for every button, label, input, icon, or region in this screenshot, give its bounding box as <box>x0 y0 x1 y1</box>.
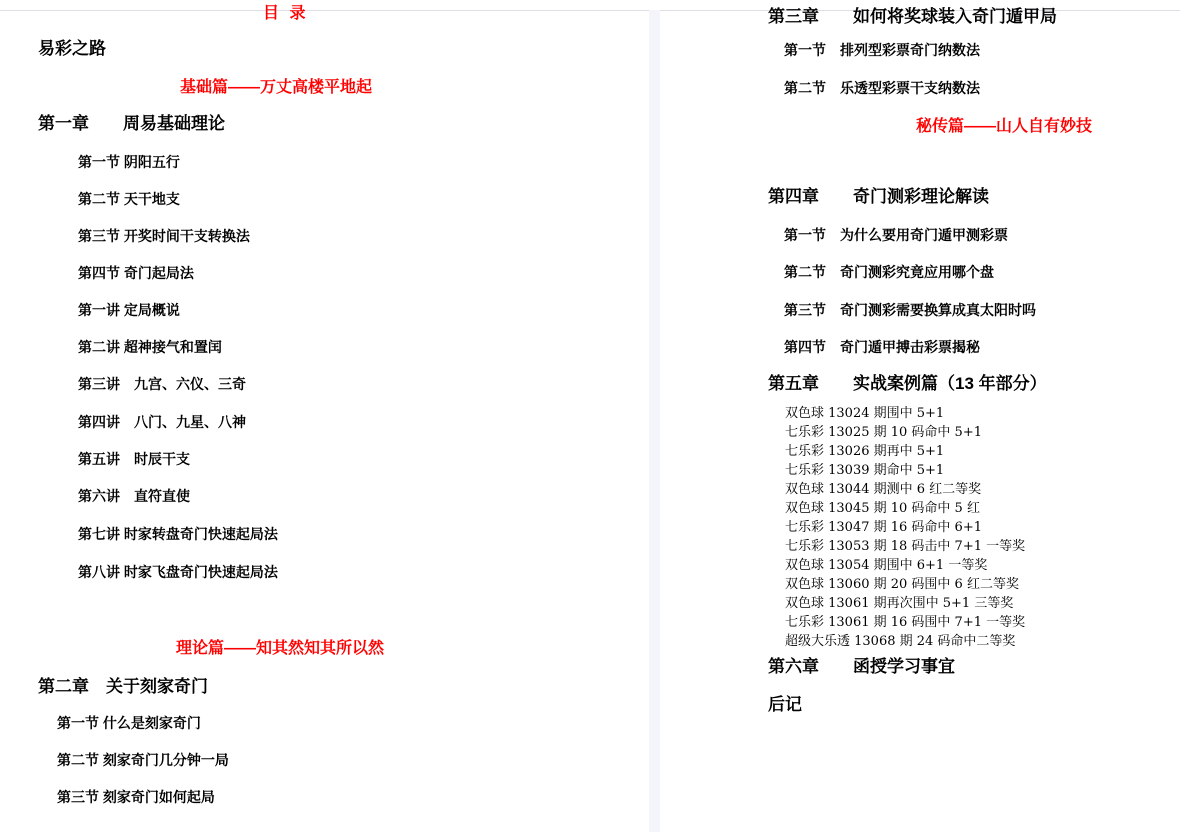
toc-entry: 第八讲 时家飞盘奇门快速起局法 <box>78 564 278 581</box>
toc-entry: 第二讲 超神接气和置闰 <box>78 339 222 356</box>
case-entry: 双色球 13054 期围中 6+1 一等奖 <box>785 558 987 574</box>
afterword-heading: 后记 <box>768 695 802 715</box>
case-entry: 双色球 13061 期再次围中 5+1 三等奖 <box>785 596 1013 612</box>
case-entry: 七乐彩 13047 期 16 码命中 6+1 <box>785 520 982 536</box>
case-entry: 超级大乐透 13068 期 24 码命中二等奖 <box>785 634 1015 650</box>
book-title: 易彩之路 <box>38 39 106 59</box>
toc-entry: 第三节 刻家奇门如何起局 <box>57 789 215 806</box>
case-entry: 七乐彩 13039 期命中 5+1 <box>785 463 944 479</box>
chapter-1-heading: 第一章 周易基础理论 <box>38 114 225 134</box>
toc-page: 目 录 易彩之路 基础篇——万丈高楼平地起 第一章 周易基础理论 第一节 阴阳五… <box>0 0 1180 832</box>
toc-entry: 第六讲 直符直使 <box>78 488 190 505</box>
toc-entry: 第二节 乐透型彩票干支纳数法 <box>784 80 980 97</box>
toc-entry: 第四节 奇门遁甲搏击彩票揭秘 <box>784 339 980 356</box>
toc-entry: 第三讲 九宫、六仪、三奇 <box>78 376 246 393</box>
toc-entry: 第一节 阴阳五行 <box>78 154 180 171</box>
case-entry: 双色球 13044 期测中 6 红二等奖 <box>785 482 981 498</box>
toc-title: 目 录 <box>263 4 308 23</box>
toc-entry: 第四节 奇门起局法 <box>78 265 194 282</box>
case-entry: 七乐彩 13025 期 10 码命中 5+1 <box>785 425 982 441</box>
toc-entry: 第七讲 时家转盘奇门快速起局法 <box>78 526 278 543</box>
toc-entry: 第五讲 时辰干支 <box>78 451 190 468</box>
toc-entry: 第二节 奇门测彩究竟应用哪个盘 <box>784 264 994 281</box>
toc-entry: 第一节 为什么要用奇门遁甲测彩票 <box>784 227 1008 244</box>
toc-entry: 第二节 天干地支 <box>78 191 180 208</box>
chapter-5-heading: 第五章 实战案例篇（13 年部分） <box>768 374 1047 394</box>
case-entry: 双色球 13024 期围中 5+1 <box>785 406 944 422</box>
toc-entry: 第三节 开奖时间干支转换法 <box>78 228 250 245</box>
toc-entry: 第一讲 定局概说 <box>78 302 180 319</box>
part-heading-theory: 理论篇——知其然知其所以然 <box>176 639 384 658</box>
toc-entry: 第一节 排列型彩票奇门纳数法 <box>784 42 980 59</box>
part-heading-basics: 基础篇——万丈高楼平地起 <box>180 78 372 97</box>
toc-entry: 第三节 奇门测彩需要换算成真太阳时吗 <box>784 302 1036 319</box>
part-heading-secret: 秘传篇——山人自有妙技 <box>916 117 1092 136</box>
toc-entry: 第二节 刻家奇门几分钟一局 <box>57 752 229 769</box>
chapter-6-heading: 第六章 函授学习事宜 <box>768 657 955 677</box>
case-entry: 双色球 13060 期 20 码围中 6 红二等奖 <box>785 577 1019 593</box>
case-entry: 七乐彩 13053 期 18 码击中 7+1 一等奖 <box>785 539 1025 555</box>
case-entry: 七乐彩 13026 期再中 5+1 <box>785 444 944 460</box>
chapter-4-heading: 第四章 奇门测彩理论解读 <box>768 187 989 207</box>
chapter-3-heading: 第三章 如何将奖球装入奇门遁甲局 <box>768 7 1057 27</box>
case-entry: 七乐彩 13061 期 16 码围中 7+1 一等奖 <box>785 615 1025 631</box>
case-entry: 双色球 13045 期 10 码命中 5 红 <box>785 501 980 517</box>
toc-entry: 第一节 什么是刻家奇门 <box>57 715 201 732</box>
chapter-2-heading: 第二章 关于刻家奇门 <box>38 677 208 697</box>
column-divider <box>649 10 660 832</box>
toc-entry: 第四讲 八门、九星、八神 <box>78 414 246 431</box>
